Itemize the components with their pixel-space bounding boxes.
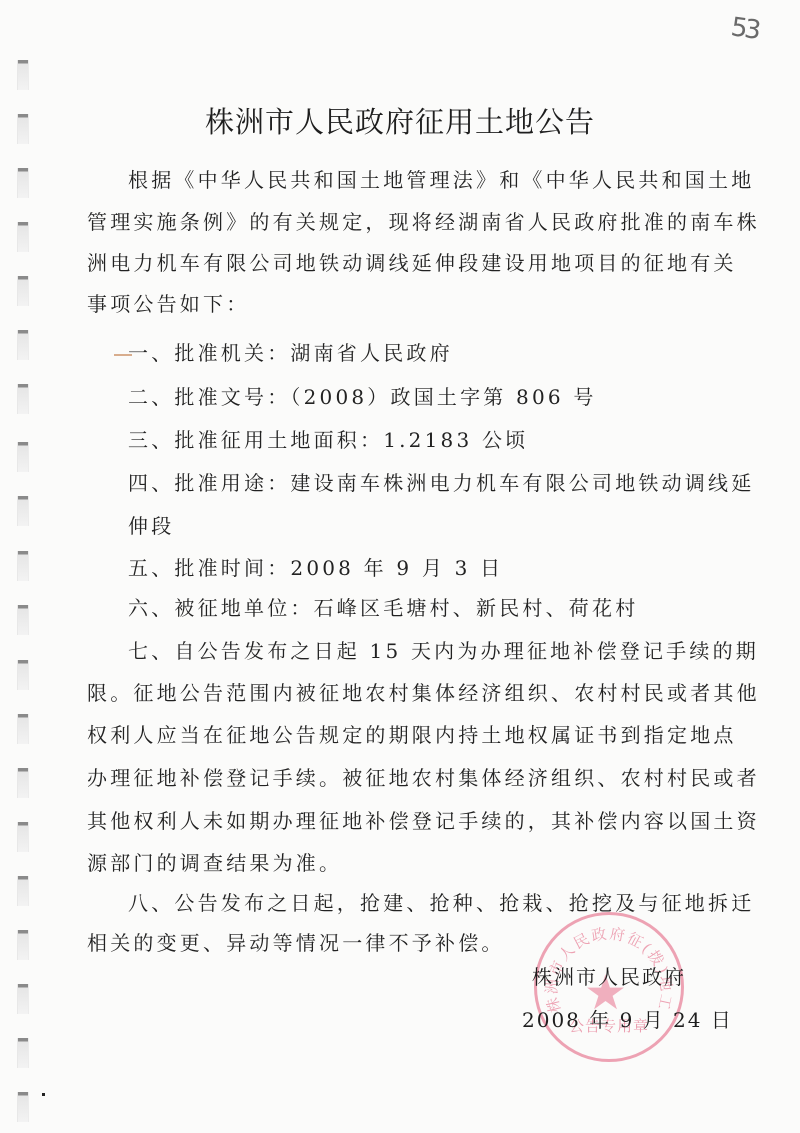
item-expropriated-units: 六、被征地单位：石峰区毛塘村、新民村、荷花村 <box>128 592 638 621</box>
binder-hole <box>17 930 29 960</box>
item-registration-period-cont: 其他权利人未如期办理征地补偿登记手续的，其补偿内容以国土资 <box>87 805 760 834</box>
item-approved-use-cont: 伸段 <box>128 510 174 539</box>
binder-hole <box>17 442 29 472</box>
item-approval-date: 五、批准时间：2008 年 9 月 3 日 <box>128 552 503 581</box>
binder-hole <box>17 384 29 414</box>
document-title: 株洲市人民政府征用土地公告 <box>0 100 800 141</box>
item-approved-land-area: 三、批准征用土地面积：1.2183 公顷 <box>128 424 528 453</box>
item-approval-authority: 一、批准机关：湖南省人民政府 <box>128 337 453 366</box>
item-approval-document-number: 二、批准文号：（2008）政国土字第 806 号 <box>128 381 597 410</box>
binder-hole <box>17 330 29 360</box>
item-registration-period: 七、自公告发布之日起 15 天内为办理征地补偿登记手续的期 <box>128 635 759 664</box>
intro-line: 管理实施条例》的有关规定，现将经湖南省人民政府批准的南车株 <box>87 206 760 235</box>
binder-holes <box>14 0 30 1133</box>
binder-hole <box>17 1092 29 1122</box>
item-registration-period-cont: 限。征地公告范围内被征地农村集体经济组织、农村村民或者其他 <box>87 677 760 706</box>
binder-hole <box>17 984 29 1014</box>
binder-hole <box>17 551 29 581</box>
issue-date: 2008 年 9 月 24 日 <box>522 1004 733 1033</box>
intro-line: 事项公告如下： <box>87 288 249 317</box>
item-registration-period-cont: 源部门的调查结果为准。 <box>87 847 342 876</box>
item-registration-period-cont: 办理征地补偿登记手续。被征地农村集体经济组织、农村村民或者 <box>87 762 760 791</box>
item-no-compensation: 八、公告发布之日起，抢建、抢种、抢栽、抢挖及与征地拆迁 <box>128 887 754 916</box>
scan-speck <box>42 1093 45 1096</box>
binder-hole <box>17 496 29 526</box>
binder-hole <box>17 876 29 906</box>
item-approved-use: 四、批准用途：建设南车株洲电力机车有限公司地铁动调线延 <box>128 467 754 496</box>
binder-hole <box>17 822 29 852</box>
binder-hole <box>17 768 29 798</box>
item-no-compensation-cont: 相关的变更、异动等情况一律不予补偿。 <box>87 927 505 956</box>
binder-hole <box>17 1038 29 1068</box>
binder-hole <box>17 660 29 690</box>
binder-hole <box>17 168 29 198</box>
intro-line: 洲电力机车有限公司地铁动调线延伸段建设用地项目的征地有关 <box>87 247 737 276</box>
binder-hole <box>17 222 29 252</box>
binder-hole <box>17 60 29 90</box>
item-registration-period-cont: 权利人应当在征地公告规定的期限内持土地权属证书到指定地点 <box>87 719 737 748</box>
binder-hole <box>17 605 29 635</box>
intro-line: 根据《中华人民共和国土地管理法》和《中华人民共和国土地 <box>128 164 754 193</box>
issuer-name: 株洲市人民政府 <box>532 961 686 990</box>
binder-hole <box>17 276 29 306</box>
binder-hole <box>17 714 29 744</box>
handwritten-page-number: 53 <box>729 12 760 45</box>
